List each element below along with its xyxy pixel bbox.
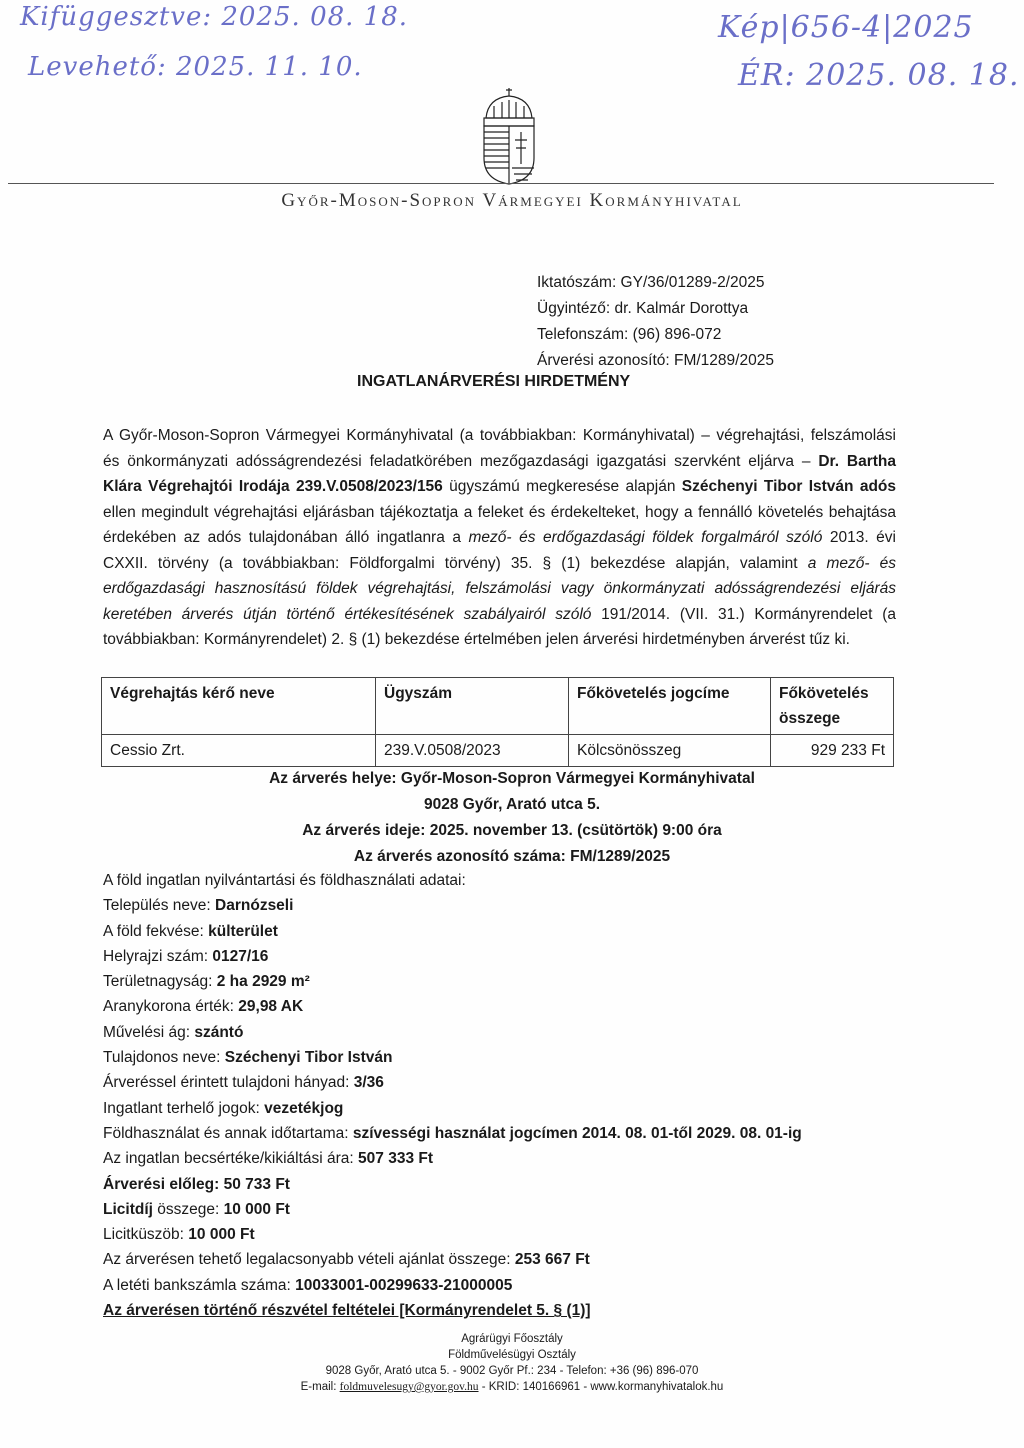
detail-value: Darnózseli	[215, 897, 293, 914]
claim-amount: 929 233 Ft	[771, 735, 894, 767]
intro-paragraph: A Győr-Moson-Sopron Vármegyei Kormányhiv…	[103, 423, 896, 653]
detail-row: A letéti bankszámla száma: 10033001-0029…	[103, 1273, 802, 1298]
detail-row: Az árverésen tehető legalacsonyabb vétel…	[103, 1247, 802, 1272]
column-header: Főkövetelés összege	[771, 678, 894, 735]
filing-number: Iktatószám: GY/36/01289-2/2025	[537, 270, 774, 296]
footer-contact: E-mail: foldmuvelesugy@gyor.gov.hu - KRI…	[0, 1379, 1024, 1395]
detail-value: külterület	[208, 923, 278, 940]
footer-address: 9028 Győr, Arató utca 5. - 9002 Győr Pf.…	[0, 1363, 1024, 1379]
detail-label: Az árverésen tehető legalacsonyabb vétel…	[103, 1251, 515, 1268]
detail-row: Árverési előleg: 50 733 Ft	[103, 1172, 802, 1197]
detail-row: Ingatlant terhelő jogok: vezetékjog	[103, 1096, 802, 1121]
detail-value: 10 000 Ft	[224, 1201, 290, 1218]
department-name: Agrárügyi Főosztály	[0, 1331, 1024, 1347]
detail-value: 29,98 AK	[238, 998, 303, 1015]
auction-place: Az árverés helye: Győr-Moson-Sopron Várm…	[0, 766, 1024, 792]
detail-row: Művelési ág: szántó	[103, 1020, 802, 1045]
detail-label: Árveréssel érintett tulajdoni hányad:	[103, 1074, 354, 1091]
handwritten-received-date: ÉR: 2025. 08. 18.	[738, 58, 1020, 93]
table-header-row: Végrehajtás kérő neve Ügyszám Főkövetelé…	[102, 678, 894, 735]
column-header: Főkövetelés jogcíme	[569, 678, 771, 735]
intro-text: ügyszámú megkeresése alapján	[443, 478, 682, 495]
detail-label: A föld fekvése:	[103, 923, 208, 940]
detail-label: Helyrajzi szám:	[103, 948, 212, 965]
debtor-name: Széchenyi Tibor István adós	[682, 478, 896, 495]
detail-value: vezetékjog	[264, 1100, 343, 1117]
detail-value: szántó	[194, 1024, 243, 1041]
detail-value: 10033001-00299633-21000005	[295, 1277, 512, 1294]
detail-row: Aranykorona érték: 29,98 AK	[103, 994, 802, 1019]
detail-label: Település neve:	[103, 897, 215, 914]
detail-value: 253 667 Ft	[515, 1251, 590, 1268]
detail-label: Licitdíj	[103, 1201, 153, 1218]
detail-row: Licitküszöb: 10 000 Ft	[103, 1222, 802, 1247]
detail-value: szívességi használat jogcímen 2014. 08. …	[353, 1125, 802, 1142]
case-officer: Ügyintéző: dr. Kalmár Dorottya	[537, 296, 774, 322]
detail-row: Az ingatlan becsértéke/kikiáltási ára: 5…	[103, 1146, 802, 1171]
detail-row: Tulajdonos neve: Széchenyi Tibor István	[103, 1045, 802, 1070]
phone-number: Telefonszám: (96) 896-072	[537, 322, 774, 348]
detail-label: Aranykorona érték:	[103, 998, 238, 1015]
detail-label: Művelési ág:	[103, 1024, 194, 1041]
detail-value: Széchenyi Tibor István	[225, 1049, 393, 1066]
table-row: Cessio Zrt. 239.V.0508/2023 Kölcsönössze…	[102, 735, 894, 767]
detail-row: Árveréssel érintett tulajdoni hányad: 3/…	[103, 1070, 802, 1095]
participation-conditions-heading: Az árverésen történő részvétel feltétele…	[103, 1298, 802, 1323]
auction-info: Az árverés helye: Győr-Moson-Sopron Várm…	[0, 766, 1024, 870]
law-title: mező- és erdőgazdasági földek forgalmáró…	[469, 529, 823, 546]
detail-row: Licitdíj összege: 10 000 Ft	[103, 1197, 802, 1222]
detail-label: Árverési előleg	[103, 1176, 214, 1193]
auction-time: Az árverés ideje: 2025. november 13. (cs…	[0, 818, 1024, 844]
column-header: Ügyszám	[376, 678, 569, 735]
handwritten-reference: Kép|656-4|2025	[718, 10, 974, 45]
claims-table: Végrehajtás kérő neve Ügyszám Főkövetelé…	[101, 677, 894, 767]
detail-row: Helyrajzi szám: 0127/16	[103, 944, 802, 969]
footer: Agrárügyi Főosztály Földművelésügyi Oszt…	[0, 1331, 1024, 1395]
detail-value: 0127/16	[212, 948, 268, 965]
division-name: Földművelésügyi Osztály	[0, 1347, 1024, 1363]
document-metadata: Iktatószám: GY/36/01289-2/2025 Ügyintéző…	[537, 270, 774, 374]
detail-row: Település neve: Darnózseli	[103, 893, 802, 918]
detail-label: Területnagyság:	[103, 973, 217, 990]
detail-value: : 50 733 Ft	[214, 1176, 290, 1193]
intro-text: A Győr-Moson-Sopron Vármegyei Kormányhiv…	[103, 427, 896, 470]
detail-label: Az ingatlan becsértéke/kikiáltási ára:	[103, 1150, 358, 1167]
detail-row: A föld fekvése: külterület	[103, 919, 802, 944]
email-label: E-mail:	[301, 1381, 340, 1393]
detail-value: 3/36	[354, 1074, 384, 1091]
detail-label: A letéti bankszámla száma:	[103, 1277, 295, 1294]
detail-row: Földhasználat és annak időtartama: szíve…	[103, 1121, 802, 1146]
handwritten-posted-date: Kifüggesztve: 2025. 08. 18.	[20, 2, 408, 32]
land-details: A föld ingatlan nyilvántartási és földha…	[103, 868, 802, 1323]
detail-value: 507 333 Ft	[358, 1150, 433, 1167]
handwritten-removal-date: Levehető: 2025. 11. 10.	[28, 52, 363, 82]
krid-website: - KRID: 140166961 - www.kormanyhivatalok…	[479, 1381, 724, 1393]
auction-id: Az árverés azonosító száma: FM/1289/2025	[0, 844, 1024, 870]
email-link[interactable]: foldmuvelesugy@gyor.gov.hu	[340, 1381, 479, 1393]
agency-name: Győr-Moson-Sopron Vármegyei Kormányhivat…	[0, 190, 1024, 212]
detail-value: 10 000 Ft	[188, 1226, 254, 1243]
auction-address: 9028 Győr, Arató utca 5.	[0, 792, 1024, 818]
detail-value: 2 ha 2929 m²	[217, 973, 310, 990]
detail-label: Földhasználat és annak időtartama:	[103, 1125, 353, 1142]
detail-row: Területnagyság: 2 ha 2929 m²	[103, 969, 802, 994]
case-number: 239.V.0508/2023	[376, 735, 569, 767]
detail-label: Licitküszöb:	[103, 1226, 188, 1243]
column-header: Végrehajtás kérő neve	[102, 678, 376, 735]
claim-title: Kölcsönösszeg	[569, 735, 771, 767]
details-heading: A föld ingatlan nyilvántartási és földha…	[103, 868, 802, 893]
detail-label: Ingatlant terhelő jogok:	[103, 1100, 264, 1117]
detail-label: összege:	[153, 1201, 224, 1218]
header-divider	[8, 183, 994, 184]
detail-label: Tulajdonos neve:	[103, 1049, 225, 1066]
page-title: INGATLANÁRVERÉSI HIRDETMÉNY	[357, 373, 630, 391]
creditor-name: Cessio Zrt.	[102, 735, 376, 767]
auction-identifier: Árverési azonosító: FM/1289/2025	[537, 348, 774, 374]
coat-of-arms-icon	[476, 88, 542, 186]
